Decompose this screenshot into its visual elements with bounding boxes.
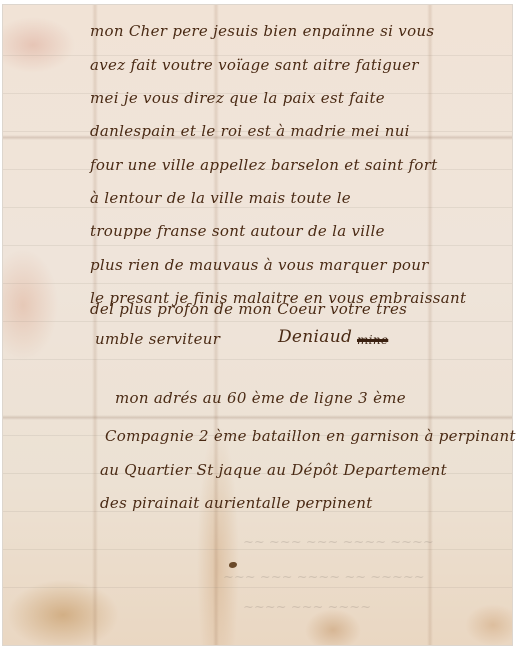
ruled-line [3,587,512,588]
ruled-line [3,245,512,246]
letter-line: del plus profon de mon Coeur votre tres [90,300,407,318]
letter-line: danlespain et le roi est à madrie mei nu… [90,122,410,140]
bleed-through-text: ~~ ~~~ ~~~ ~~~~ ~~~~ [243,535,434,550]
letter-line: four une ville appellez barselon et sain… [90,156,438,174]
bleed-through-text: ~~~ ~~~ ~~~~ ~~ ~~~~~ [223,570,425,585]
address-line: des pirainait aurientalle perpinent [100,494,373,512]
ruled-line [3,207,512,208]
struck-word: mine [357,333,388,347]
letter-line: plus rien de mauvaus à vous marquer pour [90,256,429,274]
letter-line: mei je vous direz que la paix est faite [90,89,385,107]
address-line: mon adrés au 60 ème de ligne 3 ème [115,389,406,407]
letter-line: trouppe franse sont autour de la ville [90,222,385,240]
ink-blot [229,562,237,568]
ruled-line [3,283,512,284]
closing-line: umble serviteur [95,330,220,348]
letter-line: mon Cher pere jesuis bien enpaïnne si vo… [90,22,434,40]
fold-crease [3,415,512,420]
ruled-line [3,359,512,360]
address-line: Compagnie 2 ème bataillon en garnison à … [105,427,516,445]
letter-line: avez fait voutre voïage sant aitre fatig… [90,56,419,74]
bleed-through-text: ~~~~ ~~~ ~~~~ [243,600,371,615]
ruled-line [3,321,512,322]
signature: Deniaud [278,327,352,347]
address-line: au Quartier St jaque au Dépôt Departemen… [100,461,447,479]
letter-line: à lentour de la ville mais toute le [90,189,351,207]
